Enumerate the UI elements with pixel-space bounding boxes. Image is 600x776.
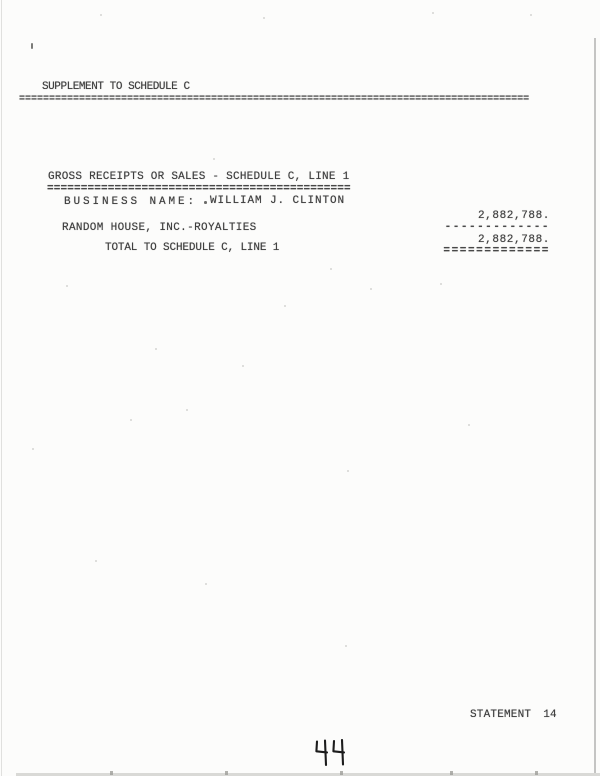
scan-speck bbox=[370, 288, 372, 290]
scan-speck bbox=[186, 409, 188, 411]
scan-speck bbox=[263, 17, 265, 19]
total-separator: ============= bbox=[443, 245, 550, 257]
document-page: SUPPLEMENT TO SCHEDULE C ===============… bbox=[0, 0, 600, 776]
header-separator: ========================================… bbox=[19, 94, 529, 106]
scan-speck bbox=[32, 448, 34, 450]
total-label: TOTAL TO SCHEDULE C, LINE 1 bbox=[105, 242, 279, 254]
statement-number: 14 bbox=[543, 709, 557, 721]
scan-speck bbox=[205, 583, 207, 585]
amount-separator: ------------- bbox=[445, 221, 550, 233]
supplement-title: SUPPLEMENT TO SCHEDULE C bbox=[42, 81, 190, 93]
scan-edge-right bbox=[594, 38, 596, 774]
section-title: GROSS RECEIPTS OR SALES - SCHEDULE C, LI… bbox=[48, 171, 349, 183]
scan-tick bbox=[535, 771, 538, 775]
scan-speck bbox=[347, 470, 349, 472]
scan-speck bbox=[530, 14, 532, 16]
scan-edge-left bbox=[1, 0, 2, 776]
scan-speck bbox=[242, 365, 244, 367]
scan-speck bbox=[432, 12, 434, 14]
statement-label: STATEMENT bbox=[470, 709, 531, 721]
ink-blob bbox=[31, 43, 33, 49]
scan-speck bbox=[155, 348, 157, 350]
scan-speck bbox=[130, 419, 132, 421]
business-name-value: WILLIAM J. CLINTON bbox=[210, 195, 345, 207]
section-separator: ========================================… bbox=[47, 183, 351, 195]
scan-speck bbox=[345, 645, 347, 647]
scan-speck bbox=[468, 424, 470, 426]
scan-speck bbox=[95, 560, 97, 562]
scan-speck bbox=[284, 305, 286, 307]
scan-speck bbox=[66, 285, 68, 287]
scan-speck bbox=[213, 158, 215, 160]
scan-speck bbox=[100, 14, 102, 16]
scan-tick bbox=[225, 771, 228, 775]
line-item-description: RANDOM HOUSE, INC.-ROYALTIES bbox=[62, 222, 257, 234]
business-name-label: BUSINESS NAME: bbox=[64, 196, 197, 208]
scan-tick bbox=[110, 771, 113, 775]
scan-tick bbox=[340, 771, 343, 775]
scan-speck bbox=[330, 268, 332, 270]
scan-speck bbox=[440, 283, 442, 285]
statement-footer: STATEMENT14 bbox=[470, 709, 557, 721]
scan-tick bbox=[450, 771, 453, 775]
scan-dot bbox=[204, 201, 207, 204]
handwritten-page-number bbox=[312, 739, 348, 767]
